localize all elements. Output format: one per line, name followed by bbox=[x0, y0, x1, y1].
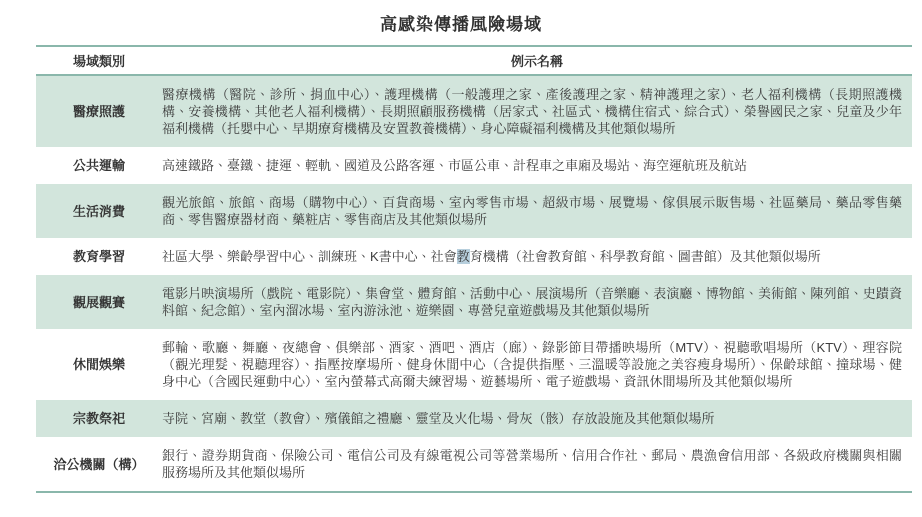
table-row: 觀展觀賽電影片映演場所（戲院、電影院）、集會堂、體育館、活動中心、展演場所（音樂… bbox=[36, 275, 912, 329]
table-row: 休閒娛樂郵輪、歌廳、舞廳、夜總會、俱樂部、酒家、酒吧、酒店（廊）、錄影節目帶播映… bbox=[36, 329, 912, 400]
examples-text: 醫療機構（醫院、診所、捐血中心）、護理機構（一般護理之家、產後護理之家、精神護理… bbox=[162, 87, 902, 136]
examples-text: 寺院、宮廟、教堂（教會）、殯儀館之禮廳、靈堂及火化場、骨灰（骸）存放設施及其他類… bbox=[162, 411, 715, 426]
examples-cell: 電影片映演場所（戲院、電影院）、集會堂、體育館、活動中心、展演場所（音樂廳、表演… bbox=[162, 285, 912, 319]
examples-text: 育機構（社會教育館、科學教育館、圖書館）及其他類似場所 bbox=[470, 249, 821, 264]
examples-cell: 社區大學、樂齡學習中心、訓練班、K書中心、社會教育機構（社會教育館、科學教育館、… bbox=[162, 248, 912, 265]
highlighted-text: 教 bbox=[457, 249, 470, 264]
category-cell: 休閒娛樂 bbox=[36, 339, 162, 390]
category-cell: 生活消費 bbox=[36, 194, 162, 228]
examples-text: 郵輪、歌廳、舞廳、夜總會、俱樂部、酒家、酒吧、酒店（廊）、錄影節目帶播映場所（M… bbox=[162, 340, 902, 389]
page-title: 高感染傳播風險場域 bbox=[0, 0, 922, 35]
examples-cell: 高速鐵路、臺鐵、捷運、輕軌、國道及公路客運、市區公車、計程車之車廂及場站、海空運… bbox=[162, 157, 912, 174]
category-cell: 洽公機關（構） bbox=[36, 447, 162, 481]
bottom-rule-line bbox=[36, 491, 912, 493]
table-row: 生活消費觀光旅館、旅館、商場（購物中心）、百貨商場、室內零售市場、超級市場、展覽… bbox=[36, 184, 912, 238]
risk-venues-table: 場域類別 例示名稱 醫療照護醫療機構（醫院、診所、捐血中心）、護理機構（一般護理… bbox=[36, 45, 912, 493]
examples-cell: 郵輪、歌廳、舞廳、夜總會、俱樂部、酒家、酒吧、酒店（廊）、錄影節目帶播映場所（M… bbox=[162, 339, 912, 390]
examples-text: 社區大學、樂齡學習中心、訓練班、K書中心、社會 bbox=[162, 249, 457, 264]
examples-text: 銀行、證券期貨商、保險公司、電信公司及有線電視公司等營業場所、信用合作社、郵局、… bbox=[162, 448, 902, 480]
table-row: 洽公機關（構）銀行、證券期貨商、保險公司、電信公司及有線電視公司等營業場所、信用… bbox=[36, 437, 912, 491]
category-cell: 宗教祭祀 bbox=[36, 410, 162, 427]
header-examples: 例示名稱 bbox=[162, 51, 912, 70]
category-cell: 公共運輸 bbox=[36, 157, 162, 174]
examples-cell: 觀光旅館、旅館、商場（購物中心）、百貨商場、室內零售市場、超級市場、展覽場、傢俱… bbox=[162, 194, 912, 228]
category-cell: 醫療照護 bbox=[36, 86, 162, 137]
table-row: 教育學習社區大學、樂齡學習中心、訓練班、K書中心、社會教育機構（社會教育館、科學… bbox=[36, 238, 912, 275]
table-rows: 醫療照護醫療機構（醫院、診所、捐血中心）、護理機構（一般護理之家、產後護理之家、… bbox=[36, 76, 912, 491]
examples-cell: 銀行、證券期貨商、保險公司、電信公司及有線電視公司等營業場所、信用合作社、郵局、… bbox=[162, 447, 912, 481]
examples-cell: 寺院、宮廟、教堂（教會）、殯儀館之禮廳、靈堂及火化場、骨灰（骸）存放設施及其他類… bbox=[162, 410, 912, 427]
table-row: 公共運輸高速鐵路、臺鐵、捷運、輕軌、國道及公路客運、市區公車、計程車之車廂及場站… bbox=[36, 147, 912, 184]
examples-text: 電影片映演場所（戲院、電影院）、集會堂、體育館、活動中心、展演場所（音樂廳、表演… bbox=[162, 286, 902, 318]
table-row: 醫療照護醫療機構（醫院、診所、捐血中心）、護理機構（一般護理之家、產後護理之家、… bbox=[36, 76, 912, 147]
header-category: 場域類別 bbox=[36, 51, 162, 70]
category-cell: 教育學習 bbox=[36, 248, 162, 265]
category-cell: 觀展觀賽 bbox=[36, 285, 162, 319]
table-row: 宗教祭祀寺院、宮廟、教堂（教會）、殯儀館之禮廳、靈堂及火化場、骨灰（骸）存放設施… bbox=[36, 400, 912, 437]
examples-text: 觀光旅館、旅館、商場（購物中心）、百貨商場、室內零售市場、超級市場、展覽場、傢俱… bbox=[162, 195, 902, 227]
table-header-row: 場域類別 例示名稱 bbox=[36, 47, 912, 74]
examples-text: 高速鐵路、臺鐵、捷運、輕軌、國道及公路客運、市區公車、計程車之車廂及場站、海空運… bbox=[162, 158, 747, 173]
examples-cell: 醫療機構（醫院、診所、捐血中心）、護理機構（一般護理之家、產後護理之家、精神護理… bbox=[162, 86, 912, 137]
